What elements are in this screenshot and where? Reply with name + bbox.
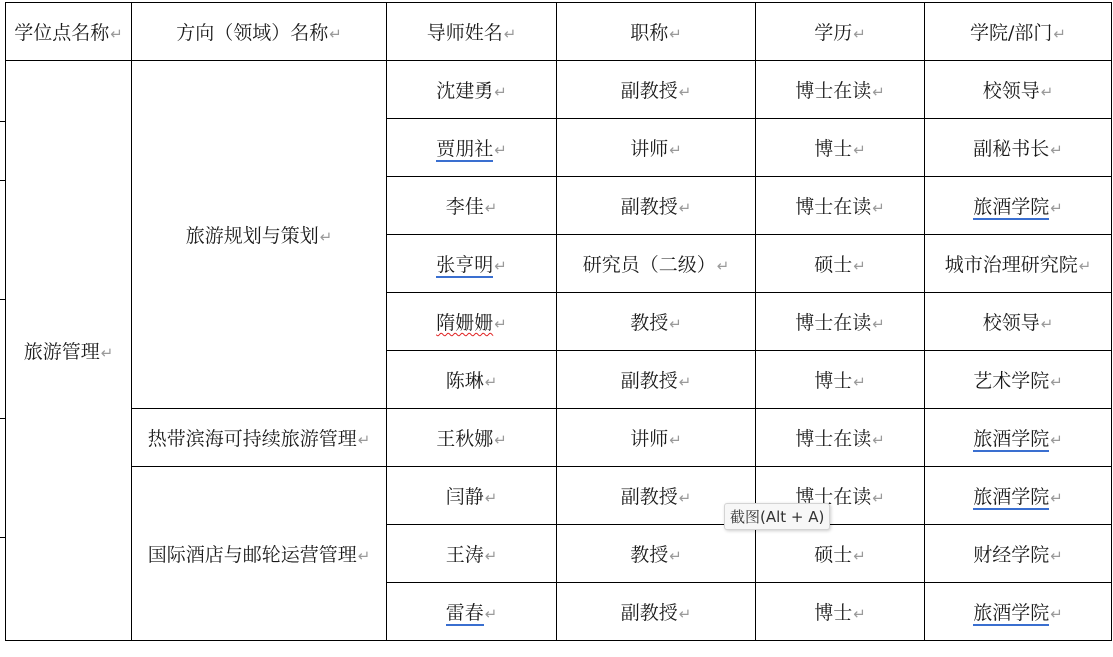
paragraph-mark-icon: ↵ [872, 83, 885, 101]
title-cell[interactable]: 教授↵ [557, 525, 756, 583]
table-row: 国际酒店与邮轮运营管理↵闫静↵副教授↵博士在读↵旅酒学院↵ [6, 467, 1112, 525]
table-row: 热带滨海可持续旅游管理↵王秋娜↵讲师↵博士在读↵旅酒学院↵ [6, 409, 1112, 467]
document-page: 学位点名称↵ 方向（领域）名称↵ 导师姓名↵ 职称↵ 学历↵ 学院/部门↵ 旅游… [0, 0, 1113, 657]
title-text: 教授 [630, 312, 668, 334]
paragraph-mark-icon: ↵ [669, 431, 682, 449]
paragraph-mark-icon: ↵ [1041, 83, 1054, 101]
education-cell[interactable]: 博士在读↵ [756, 61, 925, 119]
department-text: 财经学院 [973, 544, 1049, 566]
paragraph-mark-icon: ↵ [853, 547, 866, 565]
title-text: 副教授 [621, 196, 678, 218]
paragraph-mark-icon: ↵ [485, 605, 498, 623]
paragraph-mark-icon: ↵ [669, 547, 682, 565]
row-edge-tick [0, 299, 5, 300]
paragraph-mark-icon: ↵ [679, 83, 692, 101]
education-cell[interactable]: 硕士↵ [756, 525, 925, 583]
advisor-name-text: 贾朋社 [436, 138, 493, 162]
direction-cell[interactable]: 旅游规划与策划↵ [132, 61, 387, 409]
table-row: 旅游管理↵旅游规划与策划↵沈建勇↵副教授↵博士在读↵校领导↵ [6, 61, 1112, 119]
advisor-name-cell[interactable]: 王秋娜↵ [387, 409, 557, 467]
header-row: 学位点名称↵ 方向（领域）名称↵ 导师姓名↵ 职称↵ 学历↵ 学院/部门↵ [6, 3, 1112, 61]
paragraph-mark-icon: ↵ [679, 489, 692, 507]
advisor-name-text: 王涛 [446, 544, 484, 566]
row-edge-tick [0, 180, 5, 181]
header-education[interactable]: 学历↵ [756, 3, 925, 61]
advisor-name-text: 王秋娜 [436, 428, 493, 450]
department-cell[interactable]: 旅酒学院↵ [925, 467, 1112, 525]
advisor-name-text: 隋姗姗 [436, 312, 493, 334]
title-cell[interactable]: 副教授↵ [557, 61, 756, 119]
header-degree-point[interactable]: 学位点名称↵ [6, 3, 132, 61]
department-text: 校领导 [983, 312, 1040, 334]
paragraph-mark-icon: ↵ [504, 25, 517, 43]
advisor-name-text: 雷春 [446, 602, 484, 626]
department-text: 旅酒学院 [973, 602, 1049, 626]
paragraph-mark-icon: ↵ [320, 228, 333, 246]
row-edge-tick [0, 537, 5, 538]
screenshot-tooltip: 截图(Alt + A) [724, 503, 830, 530]
paragraph-mark-icon: ↵ [358, 431, 371, 449]
education-text: 博士 [814, 138, 852, 160]
department-text: 艺术学院 [973, 370, 1049, 392]
department-cell[interactable]: 校领导↵ [925, 293, 1112, 351]
education-text: 博士在读 [795, 312, 871, 334]
title-cell[interactable]: 副教授↵ [557, 351, 756, 409]
education-text: 博士 [814, 602, 852, 624]
title-cell[interactable]: 副教授↵ [557, 583, 756, 641]
paragraph-mark-icon: ↵ [853, 605, 866, 623]
education-cell[interactable]: 硕士↵ [756, 235, 925, 293]
advisor-name-text: 闫静 [446, 486, 484, 508]
education-cell[interactable]: 博士↵ [756, 351, 925, 409]
paragraph-mark-icon: ↵ [669, 141, 682, 159]
degree-point-cell[interactable]: 旅游管理↵ [6, 61, 132, 641]
paragraph-mark-icon: ↵ [872, 489, 885, 507]
paragraph-mark-icon: ↵ [1050, 431, 1063, 449]
advisor-name-cell[interactable]: 隋姗姗↵ [387, 293, 557, 351]
education-text: 硕士 [814, 254, 852, 276]
title-text: 副教授 [621, 80, 678, 102]
advisor-name-cell[interactable]: 张亨明↵ [387, 235, 557, 293]
department-text: 副秘书长 [973, 138, 1049, 160]
title-cell[interactable]: 教授↵ [557, 293, 756, 351]
paragraph-mark-icon: ↵ [853, 373, 866, 391]
advisor-name-cell[interactable]: 贾朋社↵ [387, 119, 557, 177]
advisor-name-cell[interactable]: 雷春↵ [387, 583, 557, 641]
advisor-name-cell[interactable]: 闫静↵ [387, 467, 557, 525]
paragraph-mark-icon: ↵ [853, 25, 866, 43]
paragraph-mark-icon: ↵ [717, 257, 730, 275]
paragraph-mark-icon: ↵ [872, 431, 885, 449]
paragraph-mark-icon: ↵ [1050, 141, 1063, 159]
paragraph-mark-icon: ↵ [1050, 547, 1063, 565]
row-edge-tick [0, 121, 5, 122]
department-text: 旅酒学院 [973, 428, 1049, 452]
education-cell[interactable]: 博士在读↵ [756, 293, 925, 351]
department-text: 城市治理研究院 [945, 254, 1078, 276]
header-advisor-name[interactable]: 导师姓名↵ [387, 3, 557, 61]
title-text: 副教授 [621, 370, 678, 392]
title-text: 讲师 [630, 138, 668, 160]
paragraph-mark-icon: ↵ [679, 373, 692, 391]
paragraph-mark-icon: ↵ [1041, 315, 1054, 333]
direction-cell[interactable]: 热带滨海可持续旅游管理↵ [132, 409, 387, 467]
title-cell[interactable]: 讲师↵ [557, 119, 756, 177]
direction-cell[interactable]: 国际酒店与邮轮运营管理↵ [132, 467, 387, 641]
department-text: 旅酒学院 [973, 196, 1049, 220]
paragraph-mark-icon: ↵ [1053, 25, 1066, 43]
paragraph-mark-icon: ↵ [494, 83, 507, 101]
advisor-name-text: 张亨明 [436, 254, 493, 278]
paragraph-mark-icon: ↵ [110, 25, 123, 43]
paragraph-mark-icon: ↵ [669, 315, 682, 333]
paragraph-mark-icon: ↵ [872, 199, 885, 217]
paragraph-mark-icon: ↵ [101, 344, 114, 362]
education-text: 博士 [814, 370, 852, 392]
education-text: 博士在读 [795, 80, 871, 102]
department-cell[interactable]: 校领导↵ [925, 61, 1112, 119]
title-text: 教授 [630, 544, 668, 566]
advisor-name-text: 陈琳 [446, 370, 484, 392]
education-cell[interactable]: 博士在读↵ [756, 409, 925, 467]
paragraph-mark-icon: ↵ [494, 315, 507, 333]
advisor-name-cell[interactable]: 王涛↵ [387, 525, 557, 583]
paragraph-mark-icon: ↵ [872, 315, 885, 333]
paragraph-mark-icon: ↵ [679, 199, 692, 217]
advisor-name-text: 沈建勇 [436, 80, 493, 102]
advisor-name-cell[interactable]: 陈琳↵ [387, 351, 557, 409]
paragraph-mark-icon: ↵ [494, 431, 507, 449]
paragraph-mark-icon: ↵ [1050, 489, 1063, 507]
paragraph-mark-icon: ↵ [669, 25, 682, 43]
paragraph-mark-icon: ↵ [485, 199, 498, 217]
title-cell[interactable]: 研究员（二级）↵ [557, 235, 756, 293]
department-text: 校领导 [983, 80, 1040, 102]
advisor-name-text: 李佳 [446, 196, 484, 218]
department-text: 旅酒学院 [973, 486, 1049, 510]
advisor-table: 学位点名称↵ 方向（领域）名称↵ 导师姓名↵ 职称↵ 学历↵ 学院/部门↵ 旅游… [5, 2, 1112, 641]
paragraph-mark-icon: ↵ [494, 257, 507, 275]
education-cell[interactable]: 博士↵ [756, 583, 925, 641]
paragraph-mark-icon: ↵ [494, 141, 507, 159]
department-cell[interactable]: 城市治理研究院↵ [925, 235, 1112, 293]
title-text: 副教授 [621, 486, 678, 508]
title-cell[interactable]: 副教授↵ [557, 177, 756, 235]
row-edge-tick [0, 418, 5, 419]
paragraph-mark-icon: ↵ [485, 489, 498, 507]
header-title[interactable]: 职称↵ [557, 3, 756, 61]
paragraph-mark-icon: ↵ [1050, 373, 1063, 391]
education-cell[interactable]: 博士在读↵ [756, 177, 925, 235]
paragraph-mark-icon: ↵ [1050, 605, 1063, 623]
title-text: 副教授 [621, 602, 678, 624]
advisor-name-cell[interactable]: 沈建勇↵ [387, 61, 557, 119]
education-text: 博士在读 [795, 196, 871, 218]
header-department[interactable]: 学院/部门↵ [925, 3, 1112, 61]
department-cell[interactable]: 艺术学院↵ [925, 351, 1112, 409]
paragraph-mark-icon: ↵ [679, 605, 692, 623]
department-cell[interactable]: 副秘书长↵ [925, 119, 1112, 177]
education-cell[interactable]: 博士↵ [756, 119, 925, 177]
paragraph-mark-icon: ↵ [853, 141, 866, 159]
department-cell[interactable]: 财经学院↵ [925, 525, 1112, 583]
paragraph-mark-icon: ↵ [485, 547, 498, 565]
title-text: 讲师 [630, 428, 668, 450]
education-text: 硕士 [814, 544, 852, 566]
paragraph-mark-icon: ↵ [329, 25, 342, 43]
paragraph-mark-icon: ↵ [358, 547, 371, 565]
paragraph-mark-icon: ↵ [485, 373, 498, 391]
department-cell[interactable]: 旅酒学院↵ [925, 583, 1112, 641]
header-direction[interactable]: 方向（领域）名称↵ [132, 3, 387, 61]
title-cell[interactable]: 讲师↵ [557, 409, 756, 467]
department-cell[interactable]: 旅酒学院↵ [925, 409, 1112, 467]
advisor-name-cell[interactable]: 李佳↵ [387, 177, 557, 235]
paragraph-mark-icon: ↵ [1050, 199, 1063, 217]
paragraph-mark-icon: ↵ [1079, 257, 1092, 275]
paragraph-mark-icon: ↵ [853, 257, 866, 275]
title-text: 研究员（二级） [583, 254, 716, 276]
department-cell[interactable]: 旅酒学院↵ [925, 177, 1112, 235]
education-text: 博士在读 [795, 428, 871, 450]
